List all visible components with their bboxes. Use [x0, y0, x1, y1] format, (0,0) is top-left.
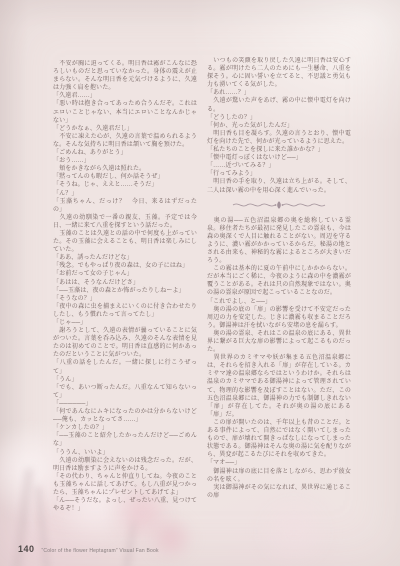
text-line: 奥の湯の霊泉、それはこの温泉の底にある、異世界に繋がる巨大な扉の影響によって起こ… [207, 330, 351, 354]
text-line: 御湯神は扉の底に目を落としながら、思わず彼女の名を呟く。 [207, 468, 351, 484]
text-line: 奥の湯──五色沼温泉郷の奥を総称している霊泉。移住者たちが最初に発見したこの霊泉… [207, 217, 351, 266]
text-line: 久遠の幼馴染に会えないのは残念だった。だが、明日香は励ますように声をかける。 [53, 457, 197, 473]
text-line: 「懐中電灯っぽくはないけど──」 [207, 154, 351, 162]
page-number: 140 [18, 544, 35, 554]
section-night-search: いつもの笑顔を取り戻した久遠に明日香は安心する。霧が明けたら二人のためにも一生懸… [207, 57, 351, 195]
text-line: 「何か、光った気がしたんだ」 [207, 122, 351, 130]
text-line: 「ごめんね、ありがとう」 [53, 149, 197, 157]
text-line: 「夜中の森に虫を捕まえにいくのに付き合わせたりしたし、もう慣れたって言ってたし」 [53, 303, 197, 319]
book-page: 不安が胸に迫ってくる。明日香は霧がこんなに恐ろしいものだと思っていなかった。身体… [0, 0, 400, 566]
section-oku-no-yu: 奥の湯──五色沼温泉郷の奥を総称している霊泉。移住者たちが最初に発見したこの霊泉… [207, 217, 351, 500]
text-line: 明日香の手を取り、久遠は立ち上がる。そして、二人は深い霧の中を用心深く進んでいっ… [207, 178, 351, 194]
text-line: 「うん」 [53, 376, 197, 384]
text-line: 「黙ってんのも暇だし、何か話そうぜ」 [53, 173, 197, 181]
text-line: 「おう……」 [53, 157, 197, 165]
text-column-right: いつもの笑顔を取り戻した久遠に明日香は安心する。霧が明けたら二人のためにも一生懸… [207, 57, 351, 523]
text-line: 奥の湯の底の「扉」の影響を受けて不安定だった周辺の力を安定した。じきに濃霧も収ま… [207, 306, 351, 330]
text-line: 「──────」 [53, 400, 197, 408]
text-line: 「ん？」 [53, 190, 197, 198]
text-line: 「お前だって女の子じゃん」 [53, 270, 197, 278]
text-line: この霧は基本的に夏の午前中にしかかからない。だが本当にごく稀に、今夜のように森の… [207, 265, 351, 297]
text-line: 異世界のカミサマや妖が集まる五色沼温泉郷には、それらを招き入れる「扉」が存在して… [207, 354, 351, 419]
text-line: 「私たちのことを探しに来た誰かかな？」 [207, 146, 351, 154]
text-line: 明日香も目を凝らす。久遠の言うとおり、懐中電灯を向けた先で、何かが光っているよう… [207, 130, 351, 146]
text-line: 「……近づいてみる？」 [207, 162, 351, 170]
text-line: 「そうね。じゃ、ええと……そうだ」 [53, 181, 197, 189]
text-line: 不安に凍えた心が、久遠の言葉で温められるような。そんな気持ちに明日香は頷いて胸を… [53, 133, 197, 149]
text-line: 「でも、あいつ断ったんだ。八重なんて知らないって」 [53, 384, 197, 400]
text-line: 「何であんなにムキになったのかは分からないけど──俺も、カッとなってさ……」 [53, 408, 197, 424]
text-line: 不安が胸に迫ってくる。明日香は霧がこんなに恐ろしいものだと思っていなかった。身体… [53, 60, 197, 92]
text-line: 「ああ、誘ったんだけどな」 [53, 254, 197, 262]
text-column-left: 不安が胸に迫ってくる。明日香は霧がこんなに恐ろしいものだと思っていなかった。身体… [53, 60, 197, 526]
text-line: 「その代わり、ちゃんと仲直りしてね。今夜のことも玉藻ちゃんに話してあげて。もし八… [53, 473, 197, 497]
text-line: 頬をかきながら久遠は照れた。 [53, 165, 197, 173]
text-line: 「あれ……？」 [207, 89, 351, 97]
text-line: 「マオ──」 [207, 459, 351, 467]
text-line: 「行ってみよう」 [207, 170, 351, 178]
text-line: 「玉藻ちゃん、だっけ？ 今日、来るはずだったの」 [53, 198, 197, 214]
text-line: 久遠が驚いた声をあげ、霧の中に懐中電灯を向ける。 [207, 97, 351, 113]
text-line: 玉藻のことは久遠との話の中で何度も上がっていた。その玉藻に会えることも、明日香は… [53, 230, 197, 254]
text-line: 「ん──そうだな。よっし、ぜったい八重、見つけてやるぞ！」 [53, 497, 197, 513]
text-line: 「──玉藻のこと紹介したかったんだけど──ごめんな」 [53, 432, 197, 448]
text-line: 「久遠君……」 [53, 92, 197, 100]
text-line: この扉が開いたのは、千年以上も昔のことだ。とある事件によって、自然にではなく開い… [207, 419, 351, 459]
text-line: 「八重の話をしたんだ。一緒に探しに行こうぜって」 [53, 359, 197, 375]
footer-caption: “Color of the flower Heptagram” Visual F… [42, 548, 159, 554]
flourish-divider-icon [231, 200, 327, 210]
text-line: 「これでよし、と──」 [207, 298, 351, 306]
text-line: 「残念。でもやっぱり夜の森は、女の子にはね」 [53, 262, 197, 270]
text-line: 「じゃ──」 [53, 319, 197, 327]
text-line: 「悪い時は抱き合ってあっため合うんだぞ。これはエロいことじゃない、本当にエロいこ… [53, 100, 197, 124]
text-line: 「どうしたの？」 [207, 114, 351, 122]
text-line: 「あはは、そうなんだけどさ」 [53, 279, 197, 287]
page-footer: 140 “Color of the flower Heptagram” Visu… [18, 544, 159, 554]
text-line: 久遠の幼馴染で一番の親友、玉藻。予定では今日、一緒に来て八重を探すという話だった… [53, 214, 197, 230]
text-line: 「ケンカしたの？」 [53, 424, 197, 432]
text-line: 「ううん、いいよ」 [53, 449, 197, 457]
text-line: 「どうかなぁ、久遠君だし」 [53, 125, 197, 133]
text-line: いつもの笑顔を取り戻した久遠に明日香は安心する。霧が明けたら二人のためにも一生懸… [207, 57, 351, 89]
text-line: 「そうなの？」 [53, 295, 197, 303]
text-line: 「──玉藻は、夜の森とか怖がったりしねーよ」 [53, 287, 197, 295]
text-line: 謝ろうとして、久遠の表情が曇っていることに気がついた。言葉を呑み込み、久遠のそん… [53, 327, 197, 359]
text-line: 実は御湯神がその気になれば、異世界に通じるこの扉 [207, 484, 351, 500]
